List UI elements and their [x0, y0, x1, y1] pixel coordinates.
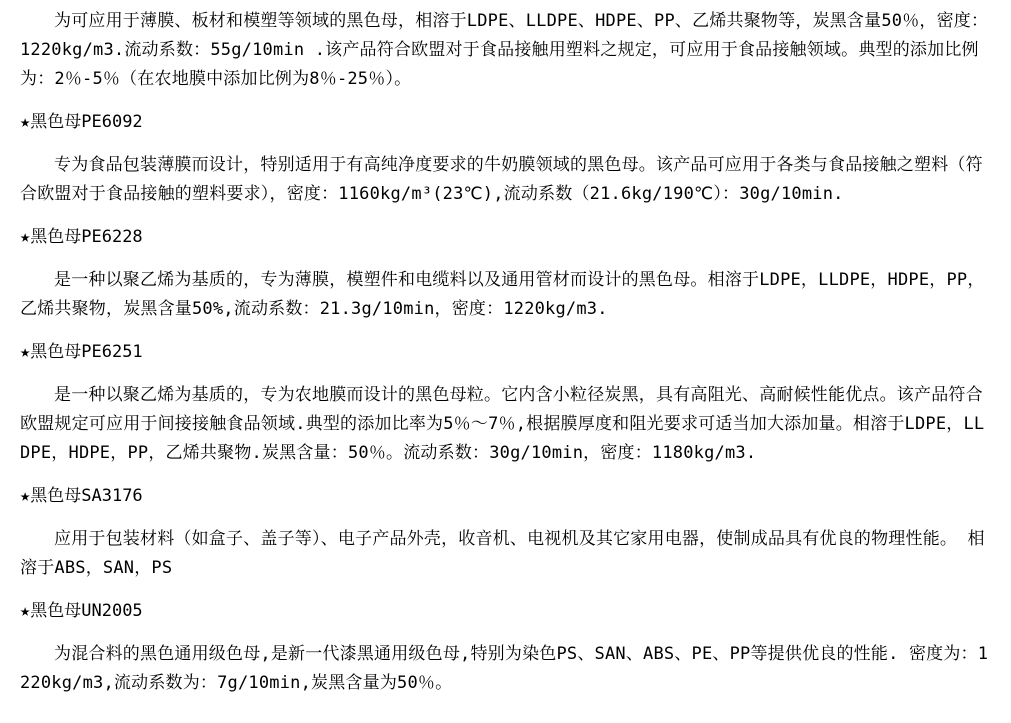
star-bullet-icon: ★	[20, 338, 30, 367]
product-section: ★黑色母SA3176 应用于包装材料（如盒子、盖子等）、电子产品外壳，收音机、电…	[20, 482, 993, 583]
product-section: ★黑色母UN2005 为混合料的黑色通用级色母,是新一代漆黑通用级色母,特别为染…	[20, 597, 993, 698]
product-title: 黑色母PE6251	[30, 342, 142, 362]
intro-paragraph: 为可应用于薄膜、板材和模塑等领域的黑色母，相溶于LDPE、LLDPE、HDPE、…	[20, 7, 993, 94]
product-description: 应用于包装材料（如盒子、盖子等）、电子产品外壳，收音机、电视机及其它家用电器，使…	[20, 525, 993, 583]
product-section: ★黑色母PE6251 是一种以聚乙烯为基质的，专为农地膜而设计的黑色母粒。它内含…	[20, 338, 993, 468]
star-bullet-icon: ★	[20, 108, 30, 137]
product-description: 为混合料的黑色通用级色母,是新一代漆黑通用级色母,特别为染色PS、SAN、ABS…	[20, 640, 993, 698]
product-title: 黑色母PE6228	[30, 227, 142, 247]
star-bullet-icon: ★	[20, 597, 30, 626]
product-heading: ★黑色母PE6251	[20, 338, 993, 367]
star-bullet-icon: ★	[20, 482, 30, 511]
product-title: 黑色母UN2005	[30, 601, 142, 621]
star-bullet-icon: ★	[20, 223, 30, 252]
product-title: 黑色母PE6092	[30, 112, 142, 132]
product-heading: ★黑色母PE6228	[20, 223, 993, 252]
product-heading: ★黑色母SA3176	[20, 482, 993, 511]
product-description: 是一种以聚乙烯为基质的，专为薄膜，模塑件和电缆料以及通用管材而设计的黑色母。相溶…	[20, 266, 993, 324]
product-section: ★黑色母PE6092 专为食品包装薄膜而设计，特别适用于有高纯净度要求的牛奶膜领…	[20, 108, 993, 209]
product-section: ★黑色母PE6228 是一种以聚乙烯为基质的，专为薄膜，模塑件和电缆料以及通用管…	[20, 223, 993, 324]
product-description: 是一种以聚乙烯为基质的，专为农地膜而设计的黑色母粒。它内含小粒径炭黑，具有高阻光…	[20, 381, 993, 468]
product-heading: ★黑色母UN2005	[20, 597, 993, 626]
product-title: 黑色母SA3176	[30, 486, 142, 506]
document-page: 为可应用于薄膜、板材和模塑等领域的黑色母，相溶于LDPE、LLDPE、HDPE、…	[0, 0, 1011, 698]
product-description: 专为食品包装薄膜而设计，特别适用于有高纯净度要求的牛奶膜领域的黑色母。该产品可应…	[20, 151, 993, 209]
product-heading: ★黑色母PE6092	[20, 108, 993, 137]
